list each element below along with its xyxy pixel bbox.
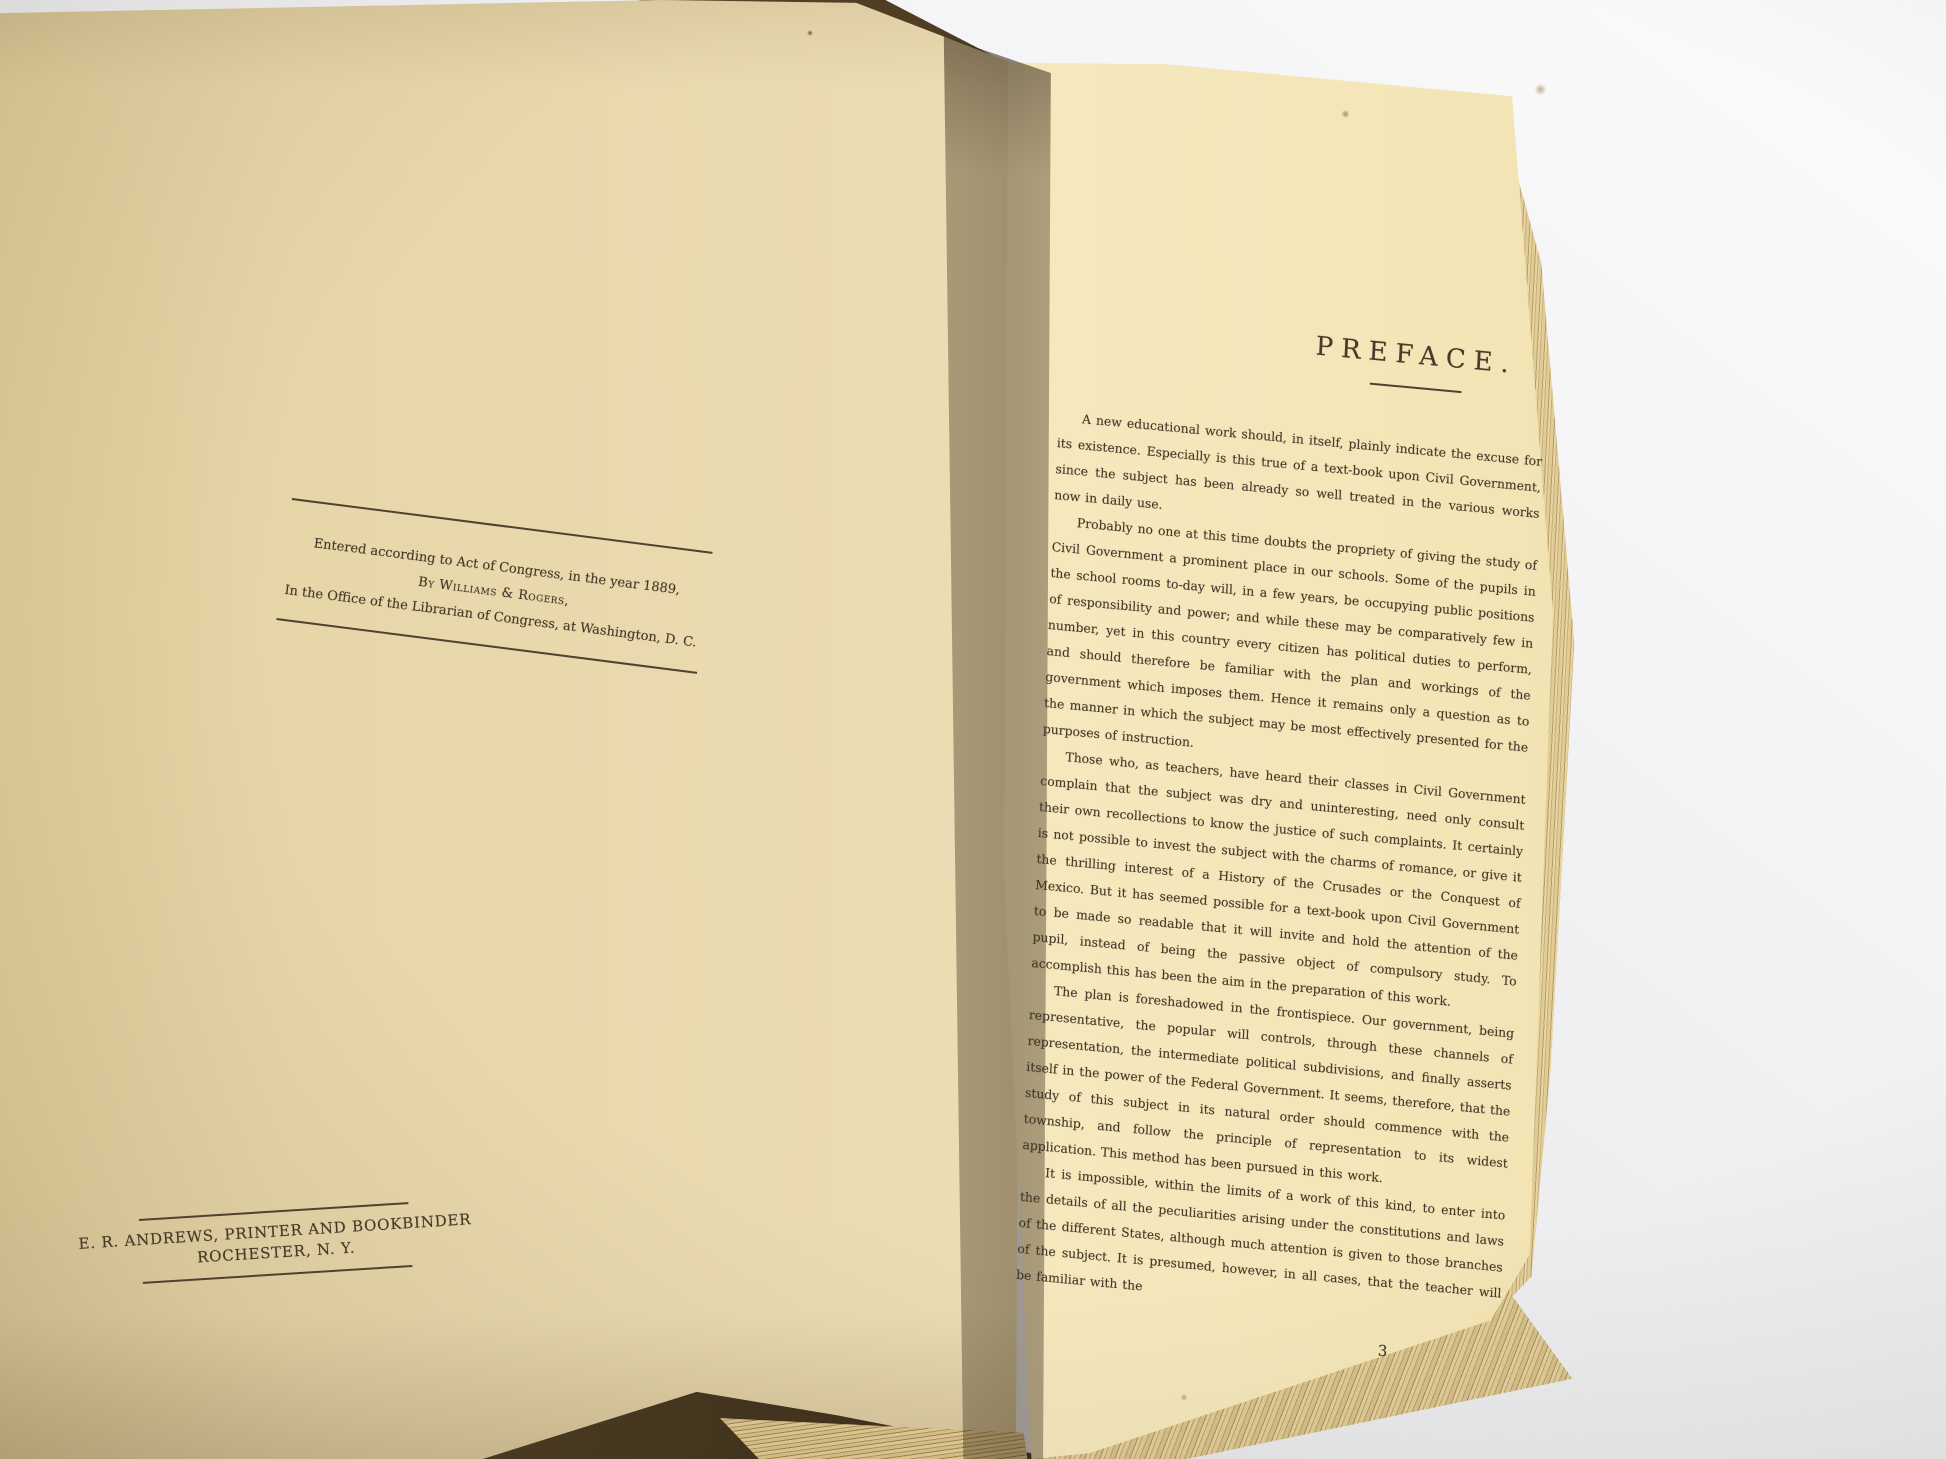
preface-paragraph: Probably no one at this time doubts the …: [1042, 508, 1537, 787]
preface-title-rule: [1370, 383, 1462, 393]
book-photo: Entered according to Act of Congress, in…: [0, 0, 1946, 1459]
preface-paragraph: Those who, as teachers, have heard their…: [1031, 742, 1526, 1021]
foxing-spot: [1534, 84, 1547, 95]
foxing-spot: [1341, 110, 1350, 118]
foxing-spot: [1180, 1394, 1188, 1401]
preface-page-content: PREFACE. A new educational work should, …: [1014, 318, 1547, 1371]
foxing-spot: [807, 30, 813, 36]
